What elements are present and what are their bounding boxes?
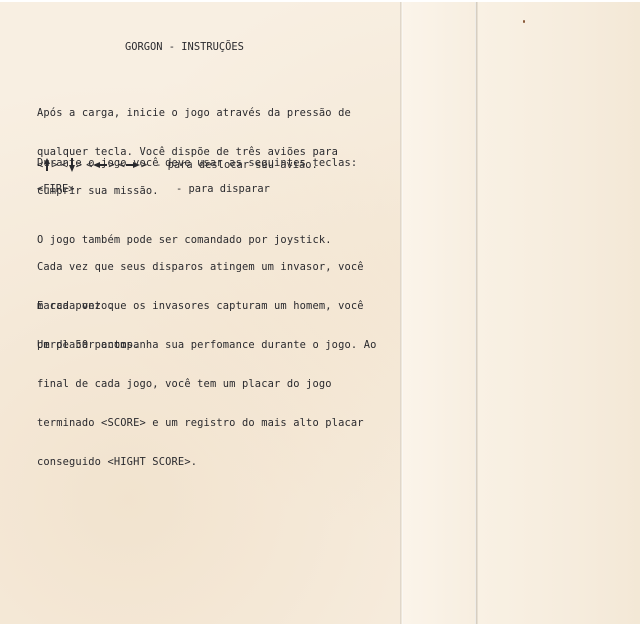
- key-left: <>: [86, 159, 115, 171]
- document-title: GORGON - INSTRUÇÕES: [125, 41, 244, 53]
- text-line: E cada vez que os invasores capturam um …: [37, 300, 364, 313]
- right-arrow-icon: [126, 162, 140, 168]
- key-down: <>: [62, 158, 83, 172]
- up-arrow-icon: [44, 158, 50, 172]
- text-line: conseguido <HIGHT SCORE>.: [37, 456, 377, 469]
- fold-line: [400, 2, 403, 624]
- paragraph-scoreboard: Um placar acompanha sua perfomance duran…: [37, 313, 377, 495]
- movement-description: - para deslocar seu avião.: [155, 159, 318, 171]
- panel-blank-fold: [403, 2, 477, 624]
- fold-line: [475, 2, 478, 624]
- instruction-sheet: GORGON - INSTRUÇÕES Após a carga, inicie…: [0, 2, 640, 624]
- key-right: <>: [119, 159, 148, 171]
- down-arrow-icon: [69, 158, 75, 172]
- fire-description: - para disparar: [176, 183, 270, 195]
- panel-blank-right: [478, 2, 640, 624]
- fire-key: <FIRE>: [37, 183, 75, 195]
- text-line: Cada vez que seus disparos atingem um in…: [37, 261, 364, 274]
- movement-keys-row: <> <> <> <> - para deslocar seu avião.: [37, 157, 318, 173]
- text-line: final de cada jogo, você tem um placar d…: [37, 378, 377, 391]
- paper-speck: [523, 20, 525, 23]
- key-up: <>: [37, 158, 58, 172]
- text-line: terminado <SCORE> e um registro do mais …: [37, 417, 377, 430]
- left-arrow-icon: [93, 162, 107, 168]
- text-line: Um placar acompanha sua perfomance duran…: [37, 339, 377, 352]
- text-line: Após a carga, inicie o jogo através da p…: [37, 107, 351, 120]
